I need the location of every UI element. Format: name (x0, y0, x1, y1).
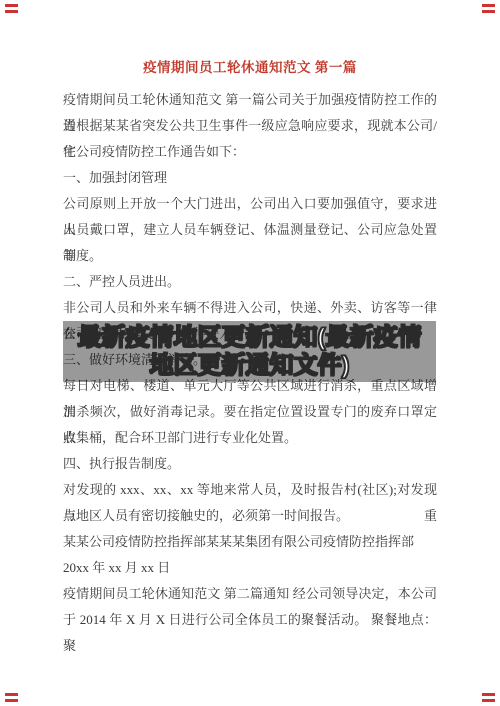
corner-mark-bar (482, 699, 495, 702)
corner-mark-bar (5, 699, 18, 702)
corner-mark-bottom-right (482, 693, 495, 702)
document-line: 四、执行报告制度。 (63, 451, 437, 477)
document-line: 收集桶，配合环卫部门进行专业化处置。 (63, 425, 437, 451)
watermark-overlay-title: 最新疫情地区更新通知(最新疫情地区更新通知文件) (69, 324, 430, 380)
document-line: 非公司人员和外来车辆不得进入公司，快递、外卖、访客等一律在 (63, 295, 437, 321)
watermark-overlay-band: 最新疫情地区更新通知(最新疫情地区更新通知文件) (63, 321, 436, 382)
corner-mark-bar (482, 4, 495, 7)
document-line: 人员戴口罩，建立人员车辆登记、体温测量登记、公司应急处置等 (63, 217, 437, 243)
document-line: 于 2014 年 X 月 X 日进行公司全体员工的聚餐活动。 聚餐地点： 聚 (63, 607, 437, 633)
document-line: 某某公司疫情防控指挥部某某某集团有限公司疫情防控指挥部 (63, 529, 437, 555)
corner-mark-bar (5, 4, 18, 7)
document-title: 疫情期间员工轮休通知范文 第一篇 (63, 56, 437, 76)
document-line: 告根据某某省突发公共卫生事件一级应急响应要求，现就本公司/住 (63, 113, 437, 139)
document-line: 宅公司疫情防控工作通告如下： (63, 139, 437, 165)
corner-mark-top-right (482, 4, 495, 13)
document-line: 制度。 (63, 243, 437, 269)
corner-mark-bar (5, 693, 18, 696)
corner-mark-bottom-left (5, 693, 18, 702)
document-line: 疫情期间员工轮休通知范文 第二篇通知 经公司领导决定，本公司 (63, 581, 437, 607)
document-line: 对发现的 xxx、xx、xx 等地来常人员，及时报告村(社区);对发现与重 (63, 477, 437, 503)
document-page: 疫情期间员工轮休通知范文 第一篇 疫情期间员工轮休通知范文 第一篇公司关于加强疫… (0, 0, 500, 706)
document-line: 疫情期间员工轮休通知范文 第一篇公司关于加强疫情防控工作的通 (63, 87, 437, 113)
corner-mark-bar (5, 10, 18, 13)
document-line: 消杀频次，做好消毒记录。要在指定位置设置专门的废弃口罩定点 (63, 399, 437, 425)
document-line: 公司原则上开放一个大门进出，公司出入口要加强值守，要求进出 (63, 191, 437, 217)
corner-mark-bar (482, 10, 495, 13)
corner-mark-top-left (5, 4, 18, 13)
document-line: 20xx 年 xx 月 xx 日 (63, 555, 437, 581)
corner-mark-bar (482, 693, 495, 696)
document-line: 一、加强封闭管理 (63, 165, 437, 191)
document-line: 二、严控人员进出。 (63, 269, 437, 295)
